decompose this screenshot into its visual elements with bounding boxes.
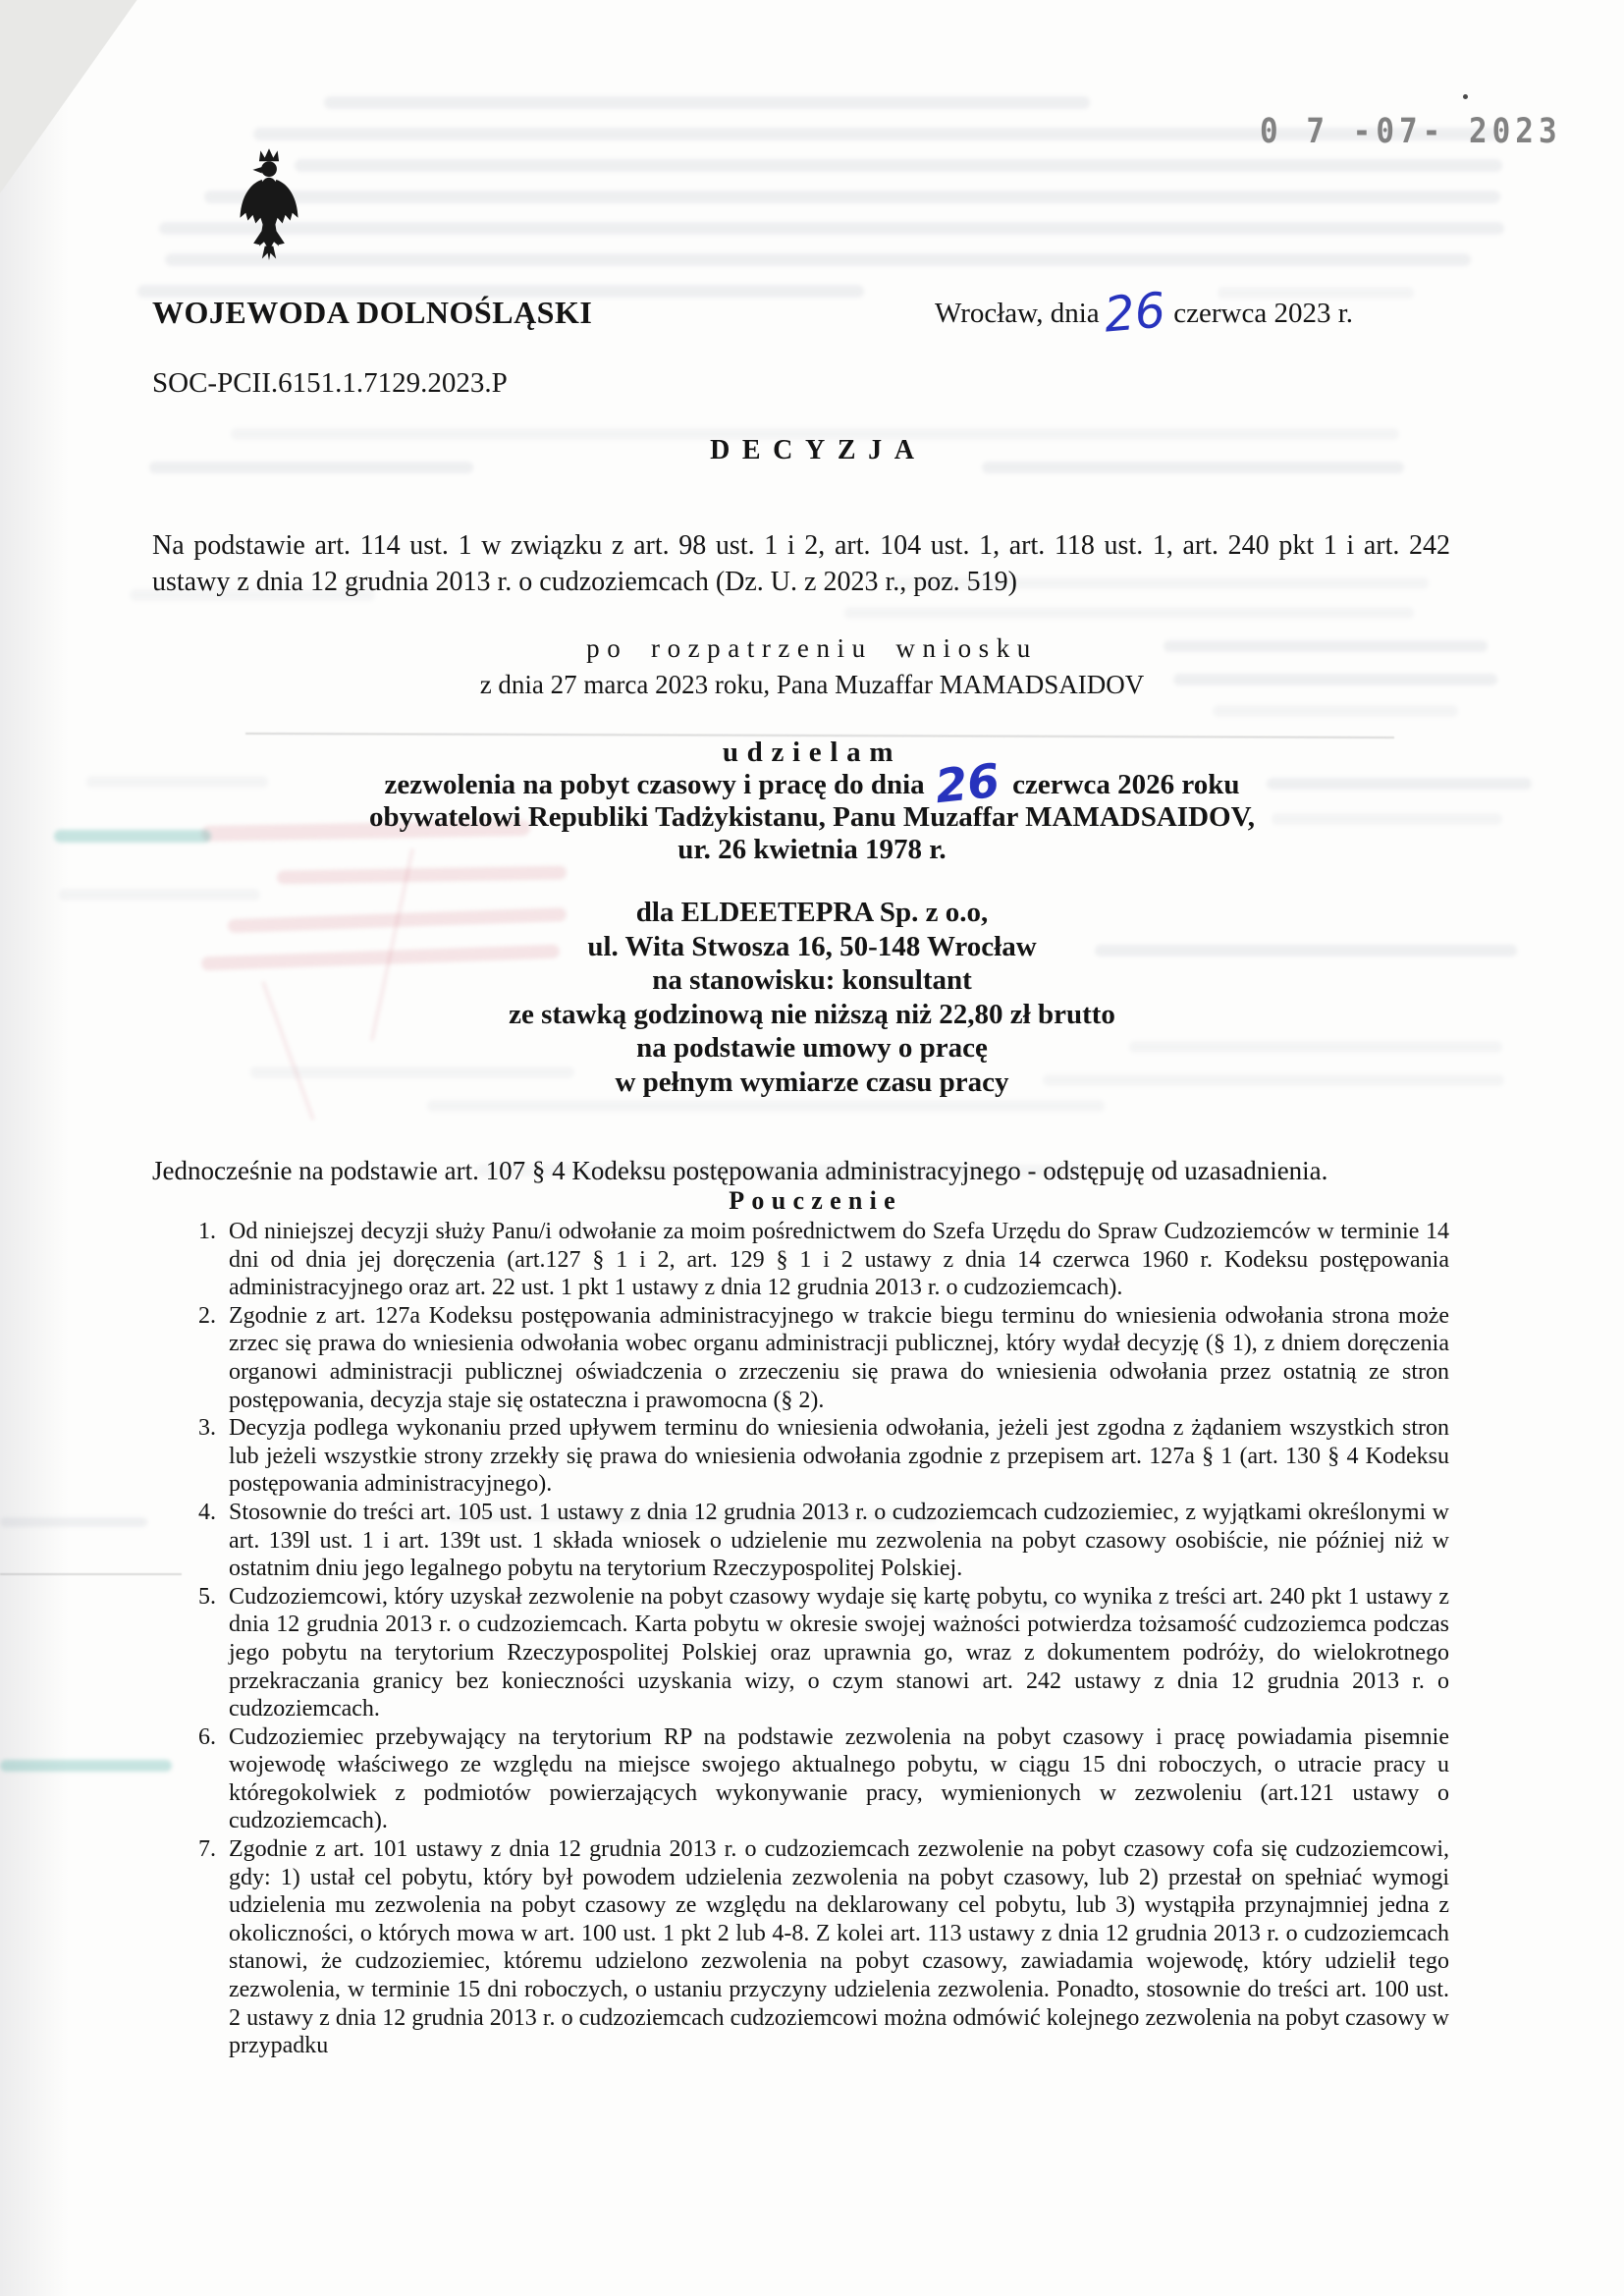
- grant-line2: obywatelowi Republiki Tadżykistanu, Panu…: [0, 801, 1624, 834]
- wage-condition: ze stawką godzinową nie niższą niż 22,80…: [0, 998, 1624, 1032]
- grant-block: udzielam zezwolenia na pobyt czasowy i p…: [0, 737, 1624, 866]
- folded-corner: [0, 0, 147, 201]
- bleed-through-artifact: [165, 253, 1471, 266]
- grant-line1: zezwolenia na pobyt czasowy i pracę do d…: [0, 769, 1624, 801]
- instruction-item: Cudzoziemcowi, który uzyskał zezwolenie …: [198, 1583, 1449, 1723]
- place-and-date: Wrocław, dnia26 czerwca 2023 r.: [935, 298, 1353, 330]
- scanned-decision-document: { "stamp": { "received_date": "0 7 -07- …: [0, 0, 1624, 2296]
- document-title: DECYZJA: [0, 435, 1624, 466]
- received-date-stamp: 0 7 -07- 2023: [1260, 112, 1562, 151]
- polish-eagle-emblem: [234, 143, 304, 271]
- bleed-through-artifact: [277, 865, 567, 884]
- bleed-through-artifact: [159, 222, 1504, 235]
- instruction-item: Cudzoziemiec przebywający na terytorium …: [198, 1723, 1449, 1835]
- bleed-through-artifact: [427, 1100, 1105, 1112]
- instruction-item: Od niniejszej decyzji służy Panu/i odwoł…: [198, 1218, 1449, 1302]
- bleed-through-artifact: [324, 96, 1090, 109]
- authority-name: WOJEWODA DOLNOŚLĄSKI: [152, 295, 592, 331]
- case-number: SOC-PCII.6151.1.7129.2023.P: [152, 367, 508, 400]
- handwritten-day-grant: 26: [935, 782, 999, 789]
- bleed-through-artifact: [0, 1517, 147, 1527]
- job-position: na stanowisku: konsultant: [0, 963, 1624, 998]
- bleed-through-artifact: [0, 1573, 182, 1575]
- contract-type: na podstawie umowy o pracę: [0, 1031, 1624, 1066]
- bleed-through-artifact: [844, 607, 1414, 619]
- grant-line3: ur. 26 kwietnia 1978 r.: [0, 834, 1624, 866]
- instruction-item: Zgodnie z art. 127a Kodeksu postępowania…: [198, 1302, 1449, 1414]
- date-prefix: Wrocław, dnia: [935, 298, 1100, 329]
- instruction-item: Zgodnie z art. 101 ustawy z dnia 12 grud…: [198, 1835, 1449, 2060]
- handwritten-day-header: 26: [1104, 310, 1164, 315]
- instruction-item: Stosownie do treści art. 105 ust. 1 usta…: [198, 1499, 1449, 1583]
- instruction-item: Decyzja podlega wykonaniu przed upływem …: [198, 1414, 1449, 1499]
- working-time: w pełnym wymiarze czasu pracy: [0, 1066, 1624, 1100]
- employer-block: dla ELDEETEPRA Sp. z o.o, ul. Wita Stwos…: [0, 896, 1624, 1099]
- bleed-through-artifact: [0, 1760, 172, 1772]
- grant-line1-prefix: zezwolenia na pobyt czasowy i pracę do d…: [385, 769, 925, 800]
- bleed-through-artifact: [1213, 705, 1458, 717]
- consideration-line1: po rozpatrzeniu wniosku: [0, 630, 1624, 667]
- ink-dot: [1463, 94, 1468, 99]
- employer-name: dla ELDEETEPRA Sp. z o.o,: [0, 896, 1624, 930]
- consideration-block: po rozpatrzeniu wniosku z dnia 27 marca …: [0, 630, 1624, 703]
- legal-basis-paragraph: Na podstawie art. 114 ust. 1 w związku z…: [152, 527, 1450, 600]
- date-suffix: czerwca 2023 r.: [1173, 298, 1353, 329]
- instructions-heading: Pouczenie: [0, 1186, 1624, 1216]
- bleed-through-artifact: [204, 191, 1500, 203]
- consideration-line2: z dnia 27 marca 2023 roku, Pana Muzaffar…: [0, 667, 1624, 703]
- justification-waiver: Jednocześnie na podstawie art. 107 § 4 K…: [152, 1156, 1327, 1186]
- instructions-list: Od niniejszej decyzji służy Panu/i odwoł…: [198, 1218, 1449, 2060]
- bleed-through-artifact: [295, 159, 1502, 172]
- grant-line1-suffix: czerwca 2026 roku: [1012, 769, 1239, 800]
- grant-heading: udzielam: [0, 737, 1624, 769]
- scan-edge-shading: [0, 0, 69, 2296]
- employer-address: ul. Wita Stwosza 16, 50-148 Wrocław: [0, 930, 1624, 964]
